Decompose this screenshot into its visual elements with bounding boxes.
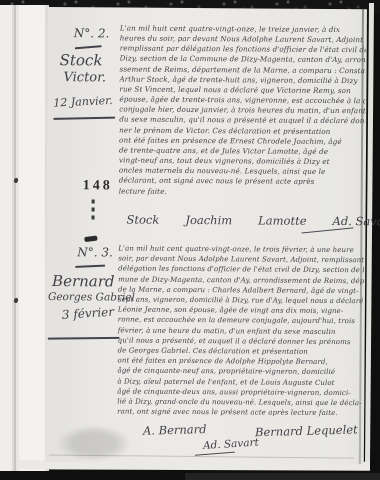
officer-signature: Ad. Savart: [203, 437, 260, 452]
act2-margin-rule: [48, 337, 120, 339]
scan-backdrop-step: [185, 473, 380, 480]
act1-body-line: lecture faite.: [119, 186, 365, 198]
act1-margin-number: N°. 2.: [74, 26, 110, 40]
signature: Lamotte: [258, 213, 306, 227]
ink-dots-mark: [91, 199, 94, 223]
act2-body-line: rant, ont signé avec nous le présent act…: [117, 407, 363, 419]
book-page-edges: [0, 5, 49, 471]
act1-margin-date: 12 Janvier.: [53, 94, 113, 110]
ink-blot-mark: [84, 235, 98, 242]
scanned-register-page: N°. 2. Stock Victor. 12 Janvier. L'an mi…: [0, 0, 380, 480]
signature: A. Bernard: [143, 422, 207, 438]
signature: Joachim: [185, 213, 232, 227]
folio-number: 148: [83, 178, 113, 194]
act2-margin-number: N°. 3.: [77, 245, 113, 259]
act2-margin-underline: [75, 265, 105, 268]
signature: Bernard Lequelet: [254, 422, 357, 439]
ink-smudge-stain: [57, 425, 131, 462]
signature-flourish: [302, 227, 354, 233]
act1-margin-surname: Stock: [60, 51, 103, 69]
act1-margin-given-name: Victor.: [63, 70, 106, 85]
act2-signatures: A. BernardBernard Lequelet: [143, 423, 380, 439]
paper-speck: [14, 298, 18, 303]
act2-body-text: L'an mil huit cent quatre-vingt-onze, le…: [117, 243, 364, 418]
act2-margin-surname: Bernard: [52, 272, 115, 290]
act1-body-text: L'an mil huit cent quatre-vingt-onze, le…: [119, 24, 366, 198]
signature: Ad. Savart: [333, 214, 380, 228]
signature: Stock: [126, 213, 159, 227]
act1-margin-underline: [75, 45, 102, 49]
act2-margin-date: 3 février: [61, 305, 114, 322]
act1-margin-rule: [53, 117, 115, 120]
paper-speck: [14, 178, 18, 183]
register-sheet: N°. 2. Stock Victor. 12 Janvier. L'an mi…: [45, 7, 367, 464]
act1-signatures: StockJoachimLamotteAd. Savart: [126, 213, 380, 229]
